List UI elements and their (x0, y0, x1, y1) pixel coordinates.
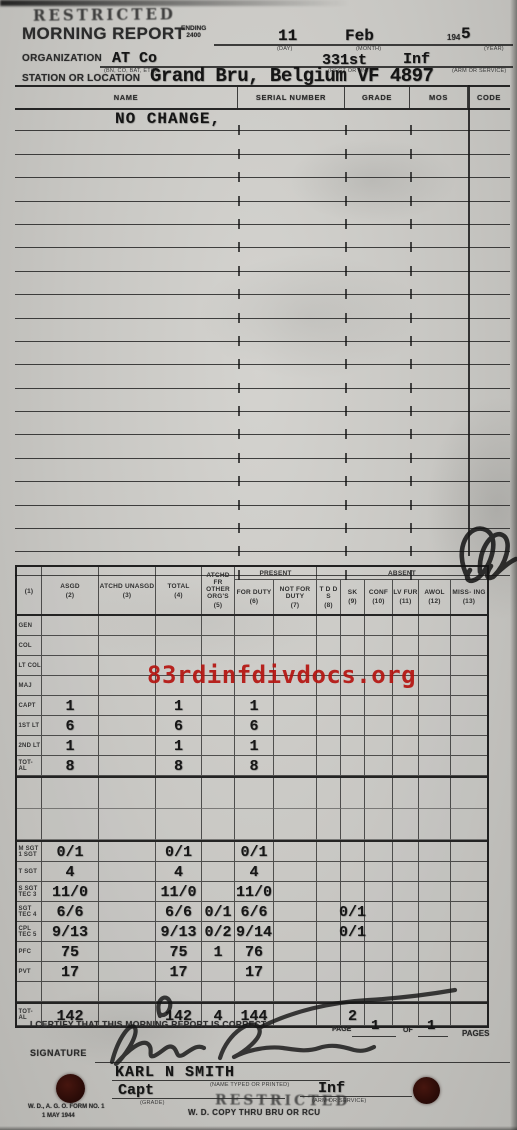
stats-cell (341, 962, 365, 982)
stats-cell: 76 (235, 942, 274, 962)
name-table-row: NO CHANGE, (15, 108, 510, 131)
name-table-row (15, 178, 510, 201)
name-table-row (15, 295, 510, 318)
stats-cell (365, 616, 393, 636)
total-pages: 1 (427, 1018, 435, 1034)
stats-cell (393, 842, 419, 862)
stats-cell: 9/13 (156, 922, 202, 942)
stats-row-label: SGT TEC 4 (17, 902, 42, 922)
stats-cell (202, 616, 235, 636)
stats-cell (451, 882, 487, 902)
stats-cell (341, 778, 365, 809)
stats-cell (317, 736, 341, 756)
stats-column-label: LV FUR (393, 589, 417, 596)
stats-cell (274, 922, 317, 942)
stats-cell: 75 (42, 942, 99, 962)
stats-row: TOT- AL888 (17, 756, 487, 776)
stats-cell: 1 (42, 696, 99, 716)
stats-cell (393, 696, 419, 716)
total-pages-line (418, 1036, 448, 1037)
stats-cell: 1 (235, 696, 274, 716)
stats-cell (393, 942, 419, 962)
stats-cell (202, 736, 235, 756)
stats-cell: 1 (156, 696, 202, 716)
name-table-row (15, 482, 510, 505)
stats-cell (202, 982, 235, 1002)
stats-cell (365, 696, 393, 716)
stats-row: GEN (17, 616, 487, 636)
stats-cell (156, 616, 202, 636)
pages-label: PAGES (462, 1029, 489, 1038)
stats-cell (235, 982, 274, 1002)
date-day-value: 11 (278, 27, 297, 45)
name-table-row (15, 272, 510, 295)
stats-column-header: CONF(10) (365, 580, 393, 614)
stats-cell (451, 862, 487, 882)
stats-row: CAPT111 (17, 696, 487, 716)
stats-cell (451, 696, 487, 716)
page-number: 1 (371, 1018, 379, 1034)
stats-cell (317, 756, 341, 776)
stats-column-label: CONF (369, 589, 388, 596)
column-header-grade: GRADE (345, 87, 410, 108)
stats-column-label: NOT FOR DUTY (274, 586, 316, 600)
stats-cell (99, 616, 156, 636)
stats-cell (42, 778, 99, 809)
stats-cell (235, 809, 274, 840)
name-table-row (15, 529, 510, 552)
stats-row: CPL TEC 59/139/130/29/140/1 (17, 922, 487, 942)
stats-row: M SGT 1 SGT0/10/10/1 (17, 840, 487, 862)
stats-row-label: PFC (17, 942, 42, 962)
stats-column-header: SK(9) (341, 580, 365, 614)
stats-cell: 6/6 (235, 902, 274, 922)
stats-cell (99, 756, 156, 776)
stats-cell (451, 716, 487, 736)
stats-cell (99, 942, 156, 962)
punch-hole-left (56, 1074, 85, 1103)
stats-cell: 0/1 (341, 902, 365, 922)
stats-cell (274, 809, 317, 840)
stats-cell (156, 982, 202, 1002)
stats-cell (202, 756, 235, 776)
stats-row-label: MAJ (17, 676, 42, 696)
absent-group-header: ABSENT (317, 567, 487, 580)
certify-text: I CERTIFY THAT THIS MORNING REPORT IS CO… (30, 1019, 267, 1029)
stats-cell: 0/1 (42, 842, 99, 862)
stats-column-label: ASGD (60, 583, 80, 590)
stats-cell: 17 (42, 962, 99, 982)
organization-label: ORGANIZATION (22, 53, 102, 64)
stats-cell: 8 (235, 756, 274, 776)
stats-column-label: ATCHD UNASGD (100, 583, 155, 590)
form-title: MORNING REPORT (22, 24, 185, 44)
stats-cell (274, 882, 317, 902)
name-table-row (15, 412, 510, 435)
stats-row-label: S SGT TEC 3 (17, 882, 42, 902)
day-sublabel: (DAY) (277, 46, 293, 52)
name-table-row (15, 202, 510, 225)
stats-cell (202, 778, 235, 809)
stats-cell (419, 942, 451, 962)
stats-column-header: ASGD(2) (42, 567, 99, 614)
stats-cell (99, 862, 156, 882)
form-id-line1: W. D., A. G. O. FORM NO. 1 (28, 1104, 104, 1110)
stats-cell (341, 942, 365, 962)
stats-cell: 6 (42, 716, 99, 736)
stats-cell (274, 1004, 317, 1026)
stats-cell (274, 616, 317, 636)
stats-column-label: SK (348, 589, 357, 596)
column-header-mos: MOS (410, 87, 468, 108)
stats-column-header: NOT FOR DUTY(7) (274, 580, 317, 614)
stats-cell (317, 716, 341, 736)
stats-cell (393, 902, 419, 922)
stats-column-number: (5) (214, 602, 223, 609)
stats-cell: 0/1 (156, 842, 202, 862)
stats-cell (317, 922, 341, 942)
stats-cell (419, 922, 451, 942)
stats-cell (419, 636, 451, 656)
stats-cell (317, 636, 341, 656)
stats-cell: 0/1 (235, 842, 274, 862)
stats-cell (451, 736, 487, 756)
stats-cell (156, 636, 202, 656)
stats-cell (42, 809, 99, 840)
stats-column-number: (7) (291, 602, 300, 609)
stats-cell (451, 842, 487, 862)
stats-cell: 11/0 (156, 882, 202, 902)
stats-cell (393, 716, 419, 736)
stats-cell (365, 736, 393, 756)
stats-cell (202, 696, 235, 716)
arm-sublabel: (ARM OR SERVICE) (452, 68, 506, 74)
stats-cell (235, 616, 274, 636)
stats-column-number: (12) (428, 598, 440, 605)
name-table-row (15, 319, 510, 342)
stats-column-header: MISS- ING(13) (451, 580, 487, 614)
stats-cell (451, 962, 487, 982)
stats-cell (99, 882, 156, 902)
name-table-row (15, 435, 510, 458)
stats-cell (365, 902, 393, 922)
stats-row-label: PVT (17, 962, 42, 982)
present-group-header: PRESENT (235, 567, 317, 580)
stats-cell (419, 716, 451, 736)
stats-cell: 1 (202, 942, 235, 962)
stats-cell (202, 842, 235, 862)
stats-cell (317, 696, 341, 716)
stats-cell (451, 676, 487, 696)
stats-cell: 6/6 (42, 902, 99, 922)
stats-column-number: (1) (25, 588, 34, 595)
stats-cell: 9/14 (235, 922, 274, 942)
stats-cell (451, 942, 487, 962)
stats-cell (393, 736, 419, 756)
stats-cell (341, 736, 365, 756)
stats-cell (451, 756, 487, 776)
routing-text: W. D. COPY THRU BRU OR RCU (188, 1108, 320, 1117)
stats-cell (99, 842, 156, 862)
stats-cell (365, 842, 393, 862)
date-month-value: Feb (345, 27, 374, 45)
stats-cell: 6 (235, 716, 274, 736)
stats-column-label: T D D S (317, 586, 340, 600)
stats-row-label: TOT- AL (17, 756, 42, 776)
stats-column-label: FOR DUTY (237, 589, 272, 596)
stats-cell (451, 656, 487, 676)
stats-cell (419, 778, 451, 809)
year-prefix: 194 (447, 33, 460, 42)
form-id-line2: 1 MAY 1944 (42, 1113, 75, 1119)
signer-name-line (112, 1080, 330, 1081)
stats-cell (393, 809, 419, 840)
stats-cell (274, 696, 317, 716)
stats-cell (365, 809, 393, 840)
grade-sublabel: (GRADE) (140, 1100, 165, 1106)
stats-cell (419, 656, 451, 676)
stats-column-header: T D D S(8) (317, 580, 341, 614)
stats-cell (419, 696, 451, 716)
stats-cell: 17 (156, 962, 202, 982)
stats-cell (274, 982, 317, 1002)
stats-cell: 8 (156, 756, 202, 776)
stats-cell (451, 982, 487, 1002)
stats-row: 2ND LT111 (17, 736, 487, 756)
stats-cell (274, 716, 317, 736)
stats-row-label: COL (17, 636, 42, 656)
scan-edge-top (0, 0, 388, 6)
stats-cell (419, 756, 451, 776)
stats-cell: 6 (156, 716, 202, 736)
stats-cell (393, 982, 419, 1002)
stats-cell (274, 902, 317, 922)
name-table-row (15, 365, 510, 388)
stats-column-header: TOTAL(4) (156, 567, 202, 614)
stats-cell (202, 882, 235, 902)
stats-table: PRESENTABSENT(1)ASGD(2)ATCHD UNASGD(3)TO… (15, 565, 489, 1028)
stats-cell (451, 922, 487, 942)
stats-cell (274, 636, 317, 656)
name-table-row (15, 506, 510, 529)
stats-row (17, 982, 487, 1002)
stats-cell (317, 962, 341, 982)
stats-cell: 4 (156, 862, 202, 882)
stats-cell: 1 (156, 736, 202, 756)
ending-label: ENDING 2400 (181, 25, 206, 39)
stats-cell (99, 778, 156, 809)
stats-cell (99, 636, 156, 656)
stats-row-label: 2ND LT (17, 736, 42, 756)
stats-cell: 17 (235, 962, 274, 982)
stats-row-label (17, 809, 42, 840)
stats-cell (365, 882, 393, 902)
no-change-entry: NO CHANGE, (115, 110, 221, 128)
stats-cell (419, 809, 451, 840)
stats-cell (274, 962, 317, 982)
stats-row: PVT171717 (17, 962, 487, 982)
stats-row-label (17, 778, 42, 809)
stats-cell (317, 616, 341, 636)
stats-cell (365, 756, 393, 776)
restricted-stamp-top: RESTRICTED (33, 5, 176, 25)
stats-column-header: ATCHD UNASGD(3) (99, 567, 156, 614)
stats-cell (317, 778, 341, 809)
stats-cell (274, 778, 317, 809)
stats-cell (235, 778, 274, 809)
stats-cell (451, 636, 487, 656)
signer-grade: Capt (118, 1082, 154, 1099)
stats-row-label: CAPT (17, 696, 42, 716)
page-number-line (352, 1036, 396, 1037)
stats-column-label: AWOL (424, 589, 444, 596)
name-table-header: NAME SERIAL NUMBER GRADE MOS CODE (15, 85, 510, 110)
stats-cell (274, 862, 317, 882)
stats-cell (99, 902, 156, 922)
stats-row (17, 776, 487, 809)
stats-cell (317, 842, 341, 862)
date-year-value: 5 (461, 25, 471, 43)
name-table-row (15, 342, 510, 365)
stats-cell (341, 809, 365, 840)
year-sublabel: (YEAR) (484, 46, 504, 52)
stats-row-label: T SGT (17, 862, 42, 882)
stats-cell (419, 616, 451, 636)
stats-row: S SGT TEC 311/011/011/0 (17, 882, 487, 902)
stats-cell (274, 942, 317, 962)
stats-column-header: ATCHD FR OTHER ORG'S(5) (202, 567, 235, 614)
stats-row (17, 809, 487, 840)
page-label: PAGE (332, 1026, 351, 1033)
stats-cell (393, 636, 419, 656)
stats-cell (317, 862, 341, 882)
stats-cell (419, 842, 451, 862)
station-value: Grand Bru, Belgium VF 4897 (150, 65, 433, 87)
stats-row-label: M SGT 1 SGT (17, 842, 42, 862)
stats-cell (451, 902, 487, 922)
stats-cell (202, 962, 235, 982)
stats-cell (365, 922, 393, 942)
stats-column-label: ATCHD FR OTHER ORG'S (202, 572, 234, 600)
stats-column-header: (1) (17, 567, 42, 614)
stats-cell (451, 616, 487, 636)
stats-column-header: LV FUR(11) (393, 580, 419, 614)
stats-cell (99, 982, 156, 1002)
stats-cell: 75 (156, 942, 202, 962)
stats-cell: 0/1 (341, 922, 365, 942)
stats-cell (202, 716, 235, 736)
stats-cell: 4 (235, 862, 274, 882)
stats-cell (451, 809, 487, 840)
stats-cell (419, 882, 451, 902)
stats-header: PRESENTABSENT(1)ASGD(2)ATCHD UNASGD(3)TO… (17, 567, 487, 616)
stats-cell (419, 862, 451, 882)
stats-cell: 1 (235, 736, 274, 756)
stats-cell (365, 636, 393, 656)
stats-cell: 8 (42, 756, 99, 776)
stats-column-number: (6) (250, 598, 259, 605)
name-table-body: NO CHANGE, (15, 108, 510, 576)
stats-column-header: AWOL(12) (419, 580, 451, 614)
stats-cell: 0/1 (202, 902, 235, 922)
stats-row-label: CPL TEC 5 (17, 922, 42, 942)
stats-cell (341, 882, 365, 902)
stats-column-number: (10) (372, 598, 384, 605)
stats-cell: 4 (42, 862, 99, 882)
stats-cell: 9/13 (42, 922, 99, 942)
stats-cell (42, 676, 99, 696)
column-header-code: CODE (468, 87, 510, 108)
stats-column-number: (3) (123, 592, 132, 599)
stats-cell (274, 842, 317, 862)
stats-cell (42, 616, 99, 636)
stats-cell: 11/0 (42, 882, 99, 902)
name-table-row (15, 225, 510, 248)
stats-column-number: (2) (66, 592, 75, 599)
stats-cell (419, 736, 451, 756)
stats-cell (419, 962, 451, 982)
stats-cell (99, 962, 156, 982)
stats-column-label: MISS- ING (452, 589, 485, 596)
name-table-row (15, 389, 510, 412)
stats-cell (202, 809, 235, 840)
stats-cell: 2 (341, 1004, 365, 1026)
stats-cell (341, 842, 365, 862)
name-table-row (15, 459, 510, 482)
code-column-divider (468, 85, 470, 556)
stats-cell: 0/2 (202, 922, 235, 942)
stats-row: T SGT444 (17, 862, 487, 882)
stats-cell (365, 778, 393, 809)
stats-cell (341, 982, 365, 1002)
stats-cell (365, 962, 393, 982)
stats-cell (202, 636, 235, 656)
stats-cell (317, 942, 341, 962)
stats-row-label: 1ST LT (17, 716, 42, 736)
stats-row-label: GEN (17, 616, 42, 636)
stats-cell: 6/6 (156, 902, 202, 922)
watermark: 83rdinfdivdocs.org (147, 661, 416, 689)
stats-cell (393, 862, 419, 882)
stats-row: PFC7575176 (17, 942, 487, 962)
stats-cell (317, 982, 341, 1002)
stats-column-label: TOTAL (167, 583, 189, 590)
stats-cell (365, 862, 393, 882)
signer-name: KARL N SMITH (115, 1064, 235, 1081)
stats-cell: 11/0 (235, 882, 274, 902)
stats-cell: 1 (42, 736, 99, 756)
stats-cell (42, 982, 99, 1002)
stats-cell (317, 882, 341, 902)
stats-cell (393, 922, 419, 942)
stats-cell (99, 716, 156, 736)
stats-cell (317, 1004, 341, 1026)
stats-row: COL (17, 636, 487, 656)
stats-column-header: FOR DUTY(6) (235, 580, 274, 614)
stats-column-number: (11) (399, 598, 411, 605)
stats-row-label (17, 982, 42, 1002)
stats-cell (365, 982, 393, 1002)
stats-cell (341, 616, 365, 636)
column-header-name: NAME (15, 87, 238, 108)
stats-cell (451, 778, 487, 809)
stats-cell (365, 942, 393, 962)
stats-cell (341, 716, 365, 736)
stats-cell (274, 736, 317, 756)
scan-edge-right (510, 0, 517, 1130)
stats-cell (341, 862, 365, 882)
stats-cell (274, 756, 317, 776)
